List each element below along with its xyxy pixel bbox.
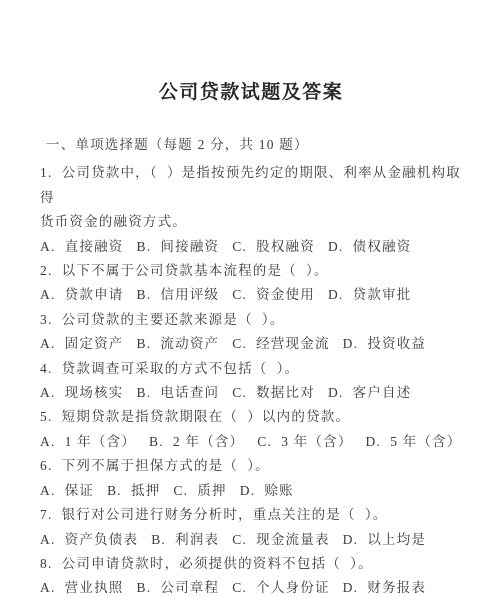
option-d: D. 贷款审批 (328, 287, 411, 302)
option-d: D. 赊账 (240, 483, 294, 498)
question-options: A. 固定资产B. 流动资产C. 经营现金流D. 投资收益 (40, 332, 462, 356)
question-4: 4. 贷款调查可采取的方式不包括（ ）。 A. 现场核实B. 电话查问C. 数据… (40, 357, 462, 406)
question-options: A. 贷款申请B. 信用评级C. 资金使用D. 贷款审批 (40, 283, 462, 307)
option-b: B. 抵押 (107, 483, 160, 498)
question-options: A. 现场核实B. 电话查问C. 数据比对D. 客户自述 (40, 381, 462, 405)
question-options: A. 保证B. 抵押C. 质押D. 赊账 (40, 479, 462, 503)
option-b: B. 间接融资 (136, 239, 219, 254)
option-d: D. 客户自述 (328, 385, 411, 400)
option-a: A. 现场核实 (40, 385, 123, 400)
option-b: B. 公司章程 (136, 580, 219, 595)
page-title: 公司贷款试题及答案 (40, 80, 462, 106)
question-text: 4. 贷款调查可采取的方式不包括（ ）。 (40, 357, 462, 381)
option-c: C. 个人身份证 (232, 580, 329, 595)
option-a: A. 贷款申请 (40, 287, 123, 302)
option-b: B. 电话查问 (136, 385, 219, 400)
question-text: 2. 以下不属于公司贷款基本流程的是（ ）。 (40, 259, 462, 283)
option-a: A. 资产负债表 (40, 532, 138, 547)
question-options: A. 营业执照B. 公司章程C. 个人身份证D. 财务报表 (40, 576, 462, 597)
option-d: D. 债权融资 (328, 239, 411, 254)
question-options: A. 资产负债表B. 利润表C. 现金流量表D. 以上均是 (40, 528, 462, 552)
question-text: 5. 短期贷款是指贷款期限在（ ）以内的贷款。 (40, 405, 462, 429)
option-a: A. 1 年（含） (40, 434, 136, 449)
option-b: B. 信用评级 (136, 287, 219, 302)
option-d: D. 财务报表 (343, 580, 426, 595)
option-d: D. 5 年（含） (366, 434, 462, 449)
option-a: A. 保证 (40, 483, 94, 498)
option-b: B. 2 年（含） (149, 434, 244, 449)
question-text: 3. 公司贷款的主要还款来源是（ ）。 (40, 308, 462, 332)
question-text: 8. 公司申请贷款时，必须提供的资料不包括（ ）。 (40, 552, 462, 576)
question-2: 2. 以下不属于公司贷款基本流程的是（ ）。 A. 贷款申请B. 信用评级C. … (40, 259, 462, 308)
question-3: 3. 公司贷款的主要还款来源是（ ）。 A. 固定资产B. 流动资产C. 经营现… (40, 308, 462, 357)
option-b: B. 流动资产 (136, 336, 219, 351)
question-5: 5. 短期贷款是指贷款期限在（ ）以内的贷款。 A. 1 年（含）B. 2 年（… (40, 405, 462, 454)
option-c: C. 股权融资 (232, 239, 315, 254)
option-d: D. 以上均是 (343, 532, 426, 547)
question-8: 8. 公司申请贷款时，必须提供的资料不包括（ ）。 A. 营业执照B. 公司章程… (40, 552, 462, 597)
question-options: A. 直接融资B. 间接融资C. 股权融资D. 债权融资 (40, 235, 462, 259)
question-text: 7. 银行对公司进行财务分析时，重点关注的是（ ）。 (40, 503, 462, 527)
question-6: 6. 下列不属于担保方式的是（ ）。 A. 保证B. 抵押C. 质押D. 赊账 (40, 454, 462, 503)
option-c: C. 资金使用 (232, 287, 315, 302)
question-1: 1. 公司贷款中，（ ）是指按预先约定的期限、利率从金融机构取得 货币资金的融资… (40, 161, 462, 259)
option-c: C. 数据比对 (232, 385, 315, 400)
option-c: C. 经营现金流 (232, 336, 329, 351)
option-c: C. 3 年（含） (257, 434, 352, 449)
option-c: C. 现金流量表 (232, 532, 329, 547)
question-text: 6. 下列不属于担保方式的是（ ）。 (40, 454, 462, 478)
question-options: A. 1 年（含）B. 2 年（含）C. 3 年（含）D. 5 年（含） (40, 430, 462, 454)
option-a: A. 固定资产 (40, 336, 123, 351)
option-d: D. 投资收益 (343, 336, 426, 351)
option-c: C. 质押 (173, 483, 226, 498)
section-heading: 一、单项选择题（每题 2 分，共 10 题） (40, 133, 462, 157)
option-a: A. 营业执照 (40, 580, 123, 595)
question-text: 1. 公司贷款中，（ ）是指按预先约定的期限、利率从金融机构取得 货币资金的融资… (40, 161, 462, 234)
option-a: A. 直接融资 (40, 239, 123, 254)
document-page: 公司贷款试题及答案 一、单项选择题（每题 2 分，共 10 题） 1. 公司贷款… (0, 0, 500, 597)
option-b: B. 利润表 (151, 532, 219, 547)
question-7: 7. 银行对公司进行财务分析时，重点关注的是（ ）。 A. 资产负债表B. 利润… (40, 503, 462, 552)
